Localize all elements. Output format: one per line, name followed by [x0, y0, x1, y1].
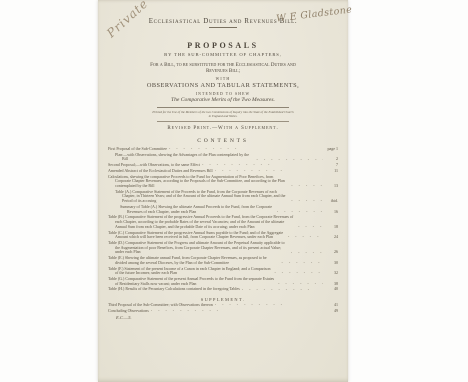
toc-entry-page: 30	[325, 261, 338, 266]
toc-leader	[291, 184, 323, 189]
toc-entry-page: 16	[325, 210, 338, 215]
supplement-list: Third Proposal of the Sub-Committee; wit…	[98, 303, 348, 313]
toc-leader	[291, 199, 323, 204]
toc-entry-text: Table (B.) Comparative Statement of the …	[108, 215, 296, 229]
photo-background: Private W E Gladstone Ecclesiastical Dut…	[0, 0, 468, 382]
toc-leader	[215, 169, 323, 174]
title-merits: The Comparative Merits of the Two Measur…	[98, 97, 348, 103]
toc-leader	[215, 303, 323, 308]
toc-entry-page: 49	[325, 309, 338, 314]
contents-list: First Proposal of the Sub-Committeepage …	[98, 147, 348, 292]
toc-entry: Table (F.) Statement of the present Inco…	[108, 267, 338, 276]
toc-entry-text: Table (D.) Comparative Statement of the …	[108, 241, 289, 255]
title-with: WITH	[98, 77, 348, 81]
toc-leader	[202, 163, 323, 168]
contents-heading: CONTENTS	[98, 138, 348, 144]
toc-leader	[298, 225, 323, 230]
toc-entry-page: ibid.	[325, 199, 338, 204]
toc-entry-text: Table (C.) Comparative Statement of the …	[108, 231, 286, 240]
toc-entry-text: Table (E.) Shewing the ultimate annual F…	[108, 256, 279, 265]
toc-entry: Table (D.) Comparative Statement of the …	[108, 241, 338, 255]
toc-entry-page: 13	[325, 184, 338, 189]
toc-leader	[281, 261, 323, 266]
toc-entry: Table (A.) Comparative Statement of the …	[108, 190, 338, 204]
toc-entry-page: 32	[325, 271, 338, 276]
title-intended: INTENDED TO SHEW	[98, 92, 348, 96]
toc-entry-page: 11	[325, 169, 338, 174]
toc-entry-text: Summary of Table (A.) Shewing the ultima…	[120, 205, 275, 214]
title-proposals: PROPOSALS	[98, 41, 348, 50]
toc-entry: Concluding Observations49	[108, 309, 338, 314]
toc-entry: Table (B.) Comparative Statement of the …	[108, 215, 338, 229]
toc-entry: Table (E.) Shewing the ultimate annual F…	[108, 256, 338, 265]
title-for-line-2: Revenues Bill;	[98, 68, 348, 74]
toc-leader	[278, 282, 323, 287]
divider-rule	[209, 27, 237, 28]
toc-entry-text: Table (G.) Comparative Statement of the …	[108, 277, 276, 286]
toc-entry-text: Plan:—with Observations, shewing the Adv…	[115, 153, 254, 162]
toc-leader	[274, 271, 323, 276]
title-by-line: BY THE SUB-COMMITTEE OF CHAPTERS,	[98, 52, 348, 57]
toc-entry: Plan:—with Observations, shewing the Adv…	[108, 153, 338, 162]
toc-entry: Amended Abstract of the Ecclesiastical D…	[108, 169, 338, 174]
toc-entry: Calculations, shewing the comparative Pr…	[108, 175, 338, 189]
toc-entry-text: Table (F.) Statement of the present Inco…	[108, 267, 272, 276]
revised-print-line: Revised Print.—With a Supplement.	[98, 125, 348, 131]
toc-entry: Table (C.) Comparative Statement of the …	[108, 231, 338, 240]
toc-entry-page: 26	[325, 250, 338, 255]
toc-entry-text: Amended Abstract of the Ecclesiastical D…	[108, 169, 213, 174]
divider-rule	[157, 121, 289, 122]
toc-entry-text: Table (H.) Results of the Pecuniary Calc…	[108, 287, 240, 292]
document-page: Private W E Gladstone Ecclesiastical Dut…	[98, 0, 348, 382]
toc-entry-page: 24	[325, 235, 338, 240]
divider-rule	[157, 107, 289, 108]
toc-entry: Table (H.) Results of the Pecuniary Calc…	[108, 287, 338, 292]
toc-leader	[242, 288, 323, 293]
toc-leader	[151, 309, 323, 314]
imprint-line-2: in England and Wales.	[209, 114, 238, 118]
supplement-heading: SUPPLEMENT.	[98, 297, 348, 302]
toc-entry: Summary of Table (A.) Shewing the ultima…	[108, 205, 338, 214]
toc-entry-text: Calculations, shewing the comparative Pr…	[108, 175, 289, 189]
printers-mark: E.C.—5.	[116, 315, 348, 320]
toc-leader	[256, 158, 323, 163]
toc-entry: Table (G.) Comparative Statement of the …	[108, 277, 338, 286]
toc-entry-page: 40	[325, 287, 338, 292]
toc-leader	[288, 235, 323, 240]
toc-leader	[291, 251, 323, 256]
toc-entry-text: Concluding Observations	[108, 309, 149, 314]
title-observations: OBSERVATIONS AND TABULAR STATEMENTS,	[98, 82, 348, 89]
toc-entry-page: page 1	[325, 147, 338, 152]
toc-entry-text: Table (A.) Comparative Statement of the …	[115, 190, 289, 204]
imprint: Printed for the Use of the Members of th…	[98, 110, 348, 119]
toc-entry-page: 18	[325, 225, 338, 230]
